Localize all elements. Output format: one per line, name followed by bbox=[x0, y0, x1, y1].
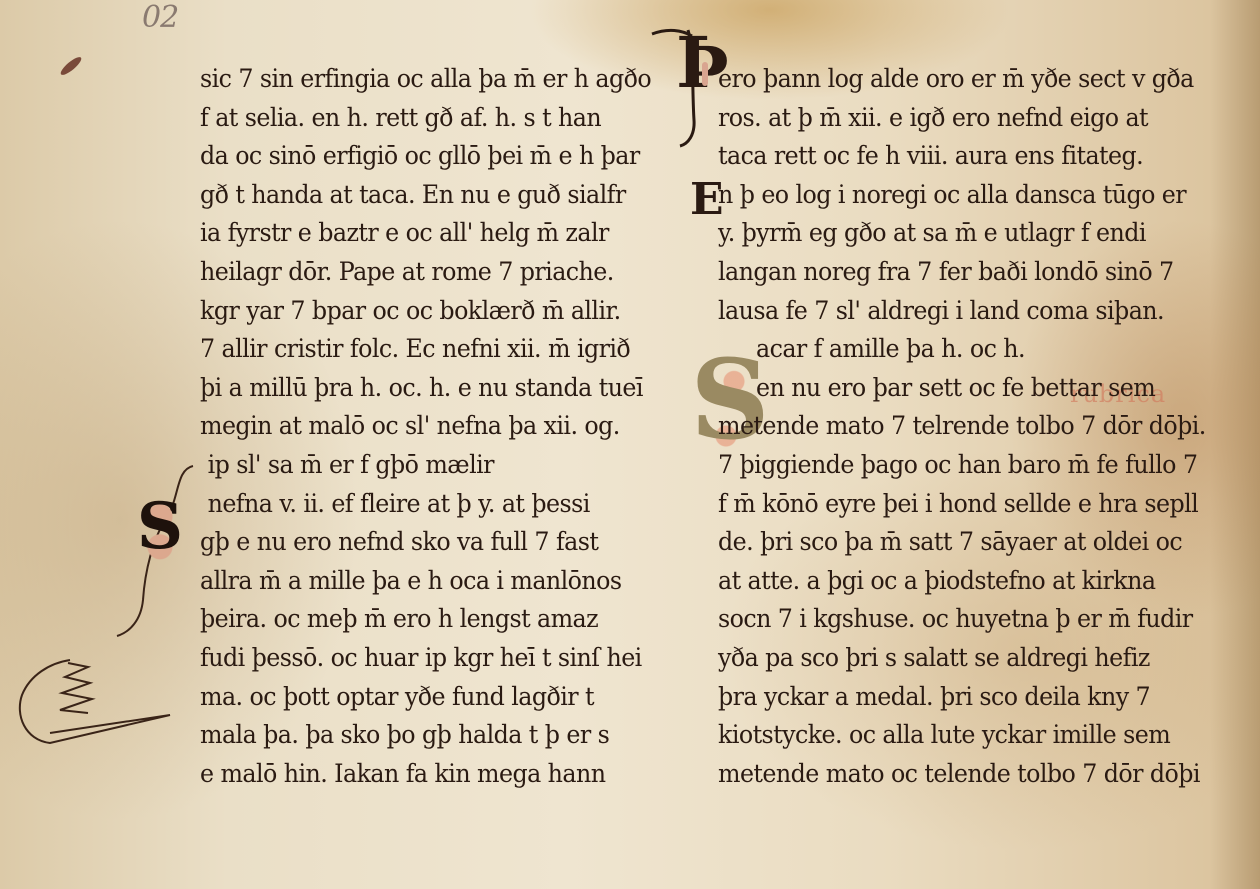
text-line: ero þann log alde oro er m̄ yðe sect v g… bbox=[718, 60, 1174, 99]
text-line: yða pa sco þri s salatt se aldregi hefiz bbox=[718, 639, 1174, 678]
text-line: e malō hin. Iakan fa kin mega hann bbox=[200, 755, 647, 794]
text-line: en nu ero þar sett oc fe bettar sem bbox=[718, 369, 1174, 408]
manicule-hand-icon bbox=[10, 655, 180, 750]
text-line: ip sl' sa m̄ er f gþō mælir bbox=[200, 446, 647, 485]
folio-number: 02 bbox=[142, 0, 178, 35]
text-line: de. þri sco þa m̄ satt 7 sāyaer at oldei… bbox=[718, 523, 1174, 562]
text-line: þeira. oc meþ m̄ ero h lengst amaz bbox=[200, 600, 647, 639]
text-line: y. þyrm̄ eg gðo at sa m̄ e utlagr f endi bbox=[718, 214, 1174, 253]
text-line: metende mato 7 telrende tolbo 7 dōr dōþi… bbox=[718, 407, 1174, 446]
text-line: taca rett oc fe h viii. aura ens fitateg… bbox=[718, 137, 1174, 176]
text-line: gð t handa at taca. En nu e guð sialfr bbox=[200, 176, 647, 215]
text-line: fudi þessō. oc huar ip kgr heī t sinſ he… bbox=[200, 639, 647, 678]
text-line: heilagr dōr. Pape at rome 7 priache. bbox=[200, 253, 647, 292]
text-line: lausa fe 7 sl' aldregi i land coma siþan… bbox=[718, 292, 1174, 331]
text-line: da oc sinō erfigiō oc gllō þei m̄ e h þa… bbox=[200, 137, 647, 176]
text-line: ma. oc þott optar yðe fund lagðir t bbox=[200, 678, 647, 717]
text-line: allra m̄ a mille þa e h oca i manlōnos bbox=[200, 562, 647, 601]
text-line: þi a millū þra h. oc. h. e nu standa tue… bbox=[200, 369, 647, 408]
text-line: acar f amille þa h. oc h. bbox=[718, 330, 1174, 369]
text-line: mala þa. þa sko þo gþ halda t þ er s bbox=[200, 716, 647, 755]
text-line: n þ eo log i noregi oc alla dansca tūgo … bbox=[718, 176, 1174, 215]
decorated-initial-s-left: S bbox=[134, 495, 186, 567]
text-line: gþ e nu ero nefnd sko va full 7 fast bbox=[200, 523, 647, 562]
text-line: at atte. a þgi oc a þiodstefno at kirkna bbox=[718, 562, 1174, 601]
left-text-column: sic 7 sin erfingia oc alla þa m̄ er h ag… bbox=[200, 60, 670, 793]
text-line: metende mato oc telende tolbo 7 dōr dōþi bbox=[718, 755, 1174, 794]
text-line: þra yckar a medal. þri sco deila kny 7 bbox=[718, 678, 1174, 717]
text-line: 7 þiggiende þago oc han baro m̄ fe fullo… bbox=[718, 446, 1174, 485]
text-line: f m̄ kōnō eyre þei i hond sellde e hra s… bbox=[718, 485, 1174, 524]
text-line: langan noreg fra 7 fer baði londō sinō 7 bbox=[718, 253, 1174, 292]
text-line: f at selia. en h. rett gð af. h. s t han bbox=[200, 99, 647, 138]
text-line: socn 7 i kgshuse. oc huyetna þ er m̄ fud… bbox=[718, 600, 1174, 639]
text-line: megin at malō oc sl' nefna þa xii. og. bbox=[200, 407, 647, 446]
text-line: ros. at þ m̄ xii. e igð ero nefnd eigo a… bbox=[718, 99, 1174, 138]
text-line: 7 allir cristir folc. Ec nefni xii. m̄ i… bbox=[200, 330, 647, 369]
text-line: kiotstycke. oc alla lute yckar imille se… bbox=[718, 716, 1174, 755]
text-line: sic 7 sin erfingia oc alla þa m̄ er h ag… bbox=[200, 60, 647, 99]
right-text-column: ero þann log alde oro er m̄ yðe sect v g… bbox=[718, 60, 1198, 793]
text-line: ia fyrstr e baztr e oc all' helg m̄ zalr bbox=[200, 214, 647, 253]
text-line: kgr yar 7 bpar oc oc boklærð m̄ allir. bbox=[200, 292, 647, 331]
text-line: nefna v. ii. ef fleire at þ y. at þessi bbox=[200, 485, 647, 524]
